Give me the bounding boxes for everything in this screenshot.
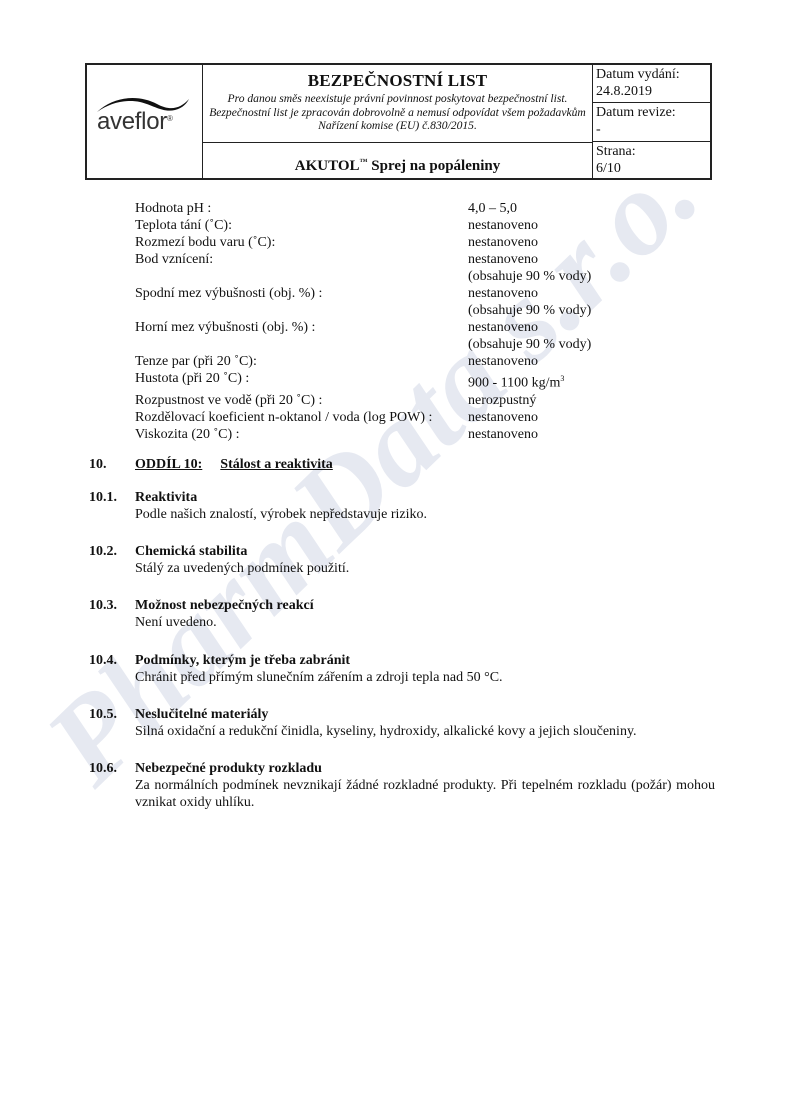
property-label: Rozmezí bodu varu (˚C): bbox=[135, 234, 468, 251]
title-cell: BEZPEČNOSTNÍ LIST Pro danou směs neexist… bbox=[203, 65, 592, 178]
property-value: (obsahuje 90 % vody) bbox=[468, 268, 668, 285]
property-label: Tenze par (při 20 ˚C): bbox=[135, 353, 468, 370]
subsection-number: 10.6. bbox=[89, 760, 135, 777]
logo-cell: aveflor® bbox=[87, 65, 203, 178]
product-name: AKUTOL™ Sprej na popáleniny bbox=[203, 143, 592, 185]
document-note: Pro danou směs neexistuje právní povinno… bbox=[209, 92, 586, 133]
property-value: nestanoveno bbox=[468, 285, 668, 302]
aveflor-logo: aveflor® bbox=[95, 93, 195, 135]
property-label: Hustota (při 20 ˚C) : bbox=[135, 370, 468, 392]
subsection-text: Stálý za uvedených podmínek použití. bbox=[135, 560, 715, 577]
document-page: aveflor® BEZPEČNOSTNÍ LIST Pro danou smě… bbox=[0, 0, 800, 1100]
subsection-number: 10.2. bbox=[89, 543, 135, 560]
property-value: nestanoveno bbox=[468, 319, 668, 336]
property-label: Rozdělovací koeficient n-oktanol / voda … bbox=[135, 409, 468, 426]
property-value: 900 - 1100 kg/m3 bbox=[468, 370, 668, 392]
property-label bbox=[135, 336, 468, 353]
property-value: nestanoveno bbox=[468, 409, 668, 426]
logo-text: aveflor® bbox=[97, 108, 173, 136]
subsection-text: Není uvedeno. bbox=[135, 614, 715, 631]
subsection-title: Podmínky, kterým je třeba zabránit bbox=[135, 652, 715, 669]
property-row: Viskozita (20 ˚C) :nestanoveno bbox=[135, 426, 668, 443]
property-row: Hodnota pH :4,0 – 5,0 bbox=[135, 200, 668, 217]
property-row: Tenze par (při 20 ˚C):nestanoveno bbox=[135, 353, 668, 370]
property-row: Spodní mez výbušnosti (obj. %) :nestanov… bbox=[135, 285, 668, 302]
meta-cell: Datum vydání: 24.8.2019 Datum revize: - … bbox=[592, 65, 711, 178]
subsection-title: Možnost nebezpečných reakcí bbox=[135, 597, 715, 614]
property-value: (obsahuje 90 % vody) bbox=[468, 302, 668, 319]
property-value: nestanoveno bbox=[468, 217, 668, 234]
document-header: aveflor® BEZPEČNOSTNÍ LIST Pro danou smě… bbox=[85, 63, 712, 180]
property-row: (obsahuje 90 % vody) bbox=[135, 268, 668, 285]
subsection-title: Chemická stabilita bbox=[135, 543, 715, 560]
issue-date: Datum vydání: 24.8.2019 bbox=[593, 65, 711, 103]
page-number: Strana: 6/10 bbox=[593, 142, 711, 180]
subsection-number: 10.1. bbox=[89, 489, 135, 506]
section-title: ODDÍL 10:Stálost a reaktivita bbox=[135, 457, 333, 472]
property-label bbox=[135, 268, 468, 285]
subsection-number: 10.5. bbox=[89, 706, 135, 723]
subsection-title: Neslučitelné materiály bbox=[135, 706, 715, 723]
subsection-title: Nebezpečné produkty rozkladu bbox=[135, 760, 715, 777]
property-value: nestanoveno bbox=[468, 251, 668, 268]
property-label: Viskozita (20 ˚C) : bbox=[135, 426, 468, 443]
document-title: BEZPEČNOSTNÍ LIST bbox=[203, 71, 592, 91]
subsection-number: 10.3. bbox=[89, 597, 135, 614]
property-value: 4,0 – 5,0 bbox=[468, 200, 668, 217]
section-number: 10. bbox=[89, 456, 135, 473]
subsection-text: Za normálních podmínek nevznikají žádné … bbox=[135, 777, 715, 811]
subsection-text: Podle našich znalostí, výrobek nepředsta… bbox=[135, 506, 715, 523]
revision-date: Datum revize: - bbox=[593, 103, 711, 142]
property-row: Rozdělovací koeficient n-oktanol / voda … bbox=[135, 409, 668, 426]
property-row: (obsahuje 90 % vody) bbox=[135, 302, 668, 319]
property-label: Rozpustnost ve vodě (při 20 ˚C) : bbox=[135, 392, 468, 409]
property-row: Rozpustnost ve vodě (při 20 ˚C) :nerozpu… bbox=[135, 392, 668, 409]
property-row: Bod vznícení:nestanoveno bbox=[135, 251, 668, 268]
property-row: Horní mez výbušnosti (obj. %) :nestanove… bbox=[135, 319, 668, 336]
subsection-number: 10.4. bbox=[89, 652, 135, 669]
property-value: nestanoveno bbox=[468, 234, 668, 251]
property-label: Spodní mez výbušnosti (obj. %) : bbox=[135, 285, 468, 302]
property-row: Teplota tání (˚C):nestanoveno bbox=[135, 217, 668, 234]
property-label: Bod vznícení: bbox=[135, 251, 468, 268]
property-value: nestanoveno bbox=[468, 353, 668, 370]
property-label: Teplota tání (˚C): bbox=[135, 217, 468, 234]
property-row: Rozmezí bodu varu (˚C):nestanoveno bbox=[135, 234, 668, 251]
subsection-text: Chránit před přímým slunečním zářením a … bbox=[135, 669, 715, 686]
subsection-text: Silná oxidační a redukční činidla, kysel… bbox=[135, 723, 715, 740]
property-value: (obsahuje 90 % vody) bbox=[468, 336, 668, 353]
property-label: Hodnota pH : bbox=[135, 200, 468, 217]
property-label: Horní mez výbušnosti (obj. %) : bbox=[135, 319, 468, 336]
property-row: Hustota (při 20 ˚C) :900 - 1100 kg/m3 bbox=[135, 370, 668, 392]
property-value: nerozpustný bbox=[468, 392, 668, 409]
property-label bbox=[135, 302, 468, 319]
property-row: (obsahuje 90 % vody) bbox=[135, 336, 668, 353]
properties-list: Hodnota pH :4,0 – 5,0Teplota tání (˚C):n… bbox=[135, 200, 668, 443]
subsection-title: Reaktivita bbox=[135, 489, 715, 506]
property-value: nestanoveno bbox=[468, 426, 668, 443]
